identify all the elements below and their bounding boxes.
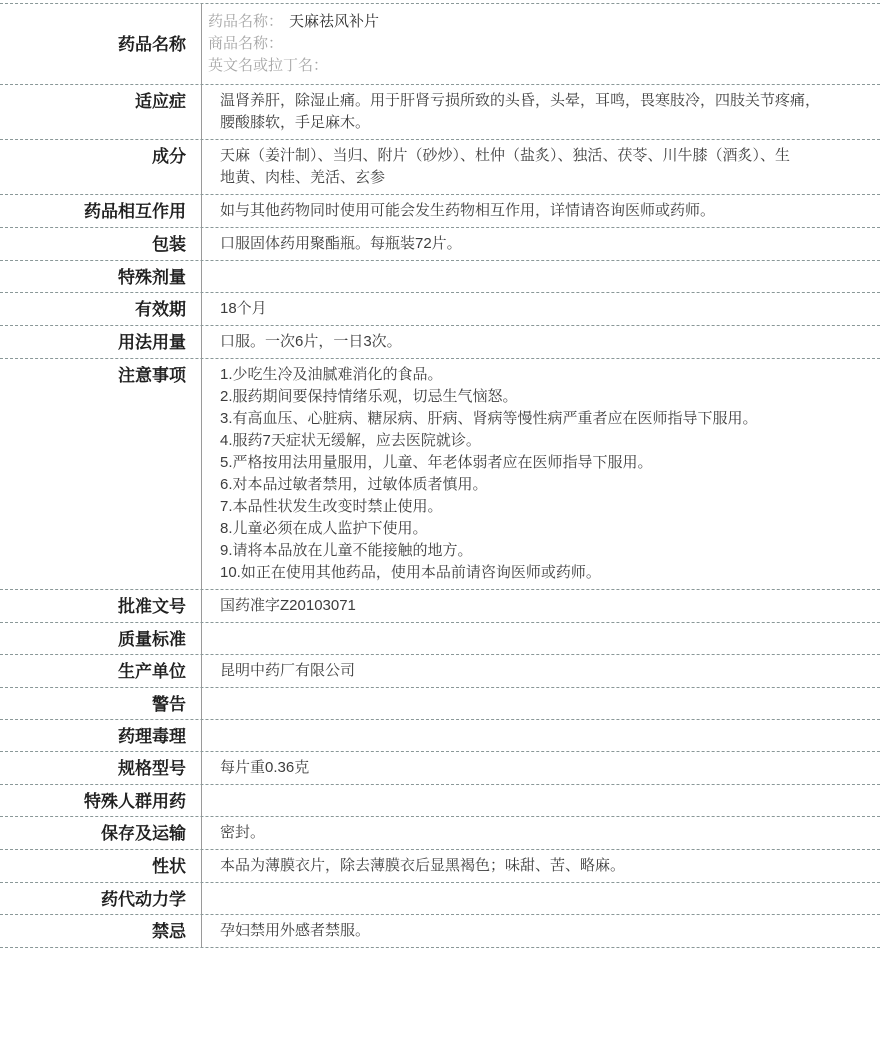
table-row: 保存及运输密封。: [0, 817, 880, 850]
row-content: 如与其他药物同时使用可能会发生药物相互作用，详情请咨询医师或药师。: [202, 195, 880, 227]
table-row: 药品相互作用如与其他药物同时使用可能会发生药物相互作用，详情请咨询医师或药师。: [0, 195, 880, 228]
row-label: 质量标准: [0, 623, 202, 654]
row-content: 温肾养肝，除湿止痛。用于肝肾亏损所致的头昏，头晕，耳鸣，畏寒肢冷，四肢关节疼痛，…: [202, 85, 880, 139]
table-row: 特殊人群用药: [0, 785, 880, 817]
table-row: 警告: [0, 688, 880, 720]
name-field-line: 药品名称：天麻祛风补片: [208, 11, 868, 33]
field-key: 商品名称：: [208, 35, 283, 52]
row-content: 18个月: [202, 293, 880, 325]
table-row: 适应症温肾养肝，除湿止痛。用于肝肾亏损所致的头昏，头晕，耳鸣，畏寒肢冷，四肢关节…: [0, 85, 880, 140]
row-label: 警告: [0, 688, 202, 719]
table-row: 用法用量口服。一次6片，一日3次。: [0, 326, 880, 359]
row-content: 口服。一次6片，一日3次。: [202, 326, 880, 358]
row-label: 禁忌: [0, 915, 202, 947]
row-label: 药品相互作用: [0, 195, 202, 227]
table-row: 质量标准: [0, 623, 880, 655]
field-key: 英文名或拉丁名：: [208, 57, 328, 74]
row-label: 适应症: [0, 85, 202, 139]
row-content: [202, 623, 880, 654]
row-content: 口服固体药用聚酯瓶。每瓶装72片。: [202, 228, 880, 260]
row-content: 昆明中药厂有限公司: [202, 655, 880, 687]
table-row: 批准文号国药准字Z20103071: [0, 590, 880, 623]
table-row: 有效期18个月: [0, 293, 880, 326]
row-content: [202, 785, 880, 816]
table-row: 药品名称药品名称：天麻祛风补片商品名称：英文名或拉丁名：: [0, 4, 880, 85]
row-content: 1.少吃生冷及油腻难消化的食品。 2.服药期间要保持情绪乐观，切忌生气恼怒。 3…: [202, 359, 880, 589]
table-row: 禁忌孕妇禁用外感者禁服。: [0, 915, 880, 948]
row-label: 性状: [0, 850, 202, 882]
row-content: 本品为薄膜衣片，除去薄膜衣后显黑褐色；味甜、苦、略麻。: [202, 850, 880, 882]
table-row: 规格型号每片重0.36克: [0, 752, 880, 785]
row-content: 国药准字Z20103071: [202, 590, 880, 622]
row-content: 密封。: [202, 817, 880, 849]
row-label: 药理毒理: [0, 720, 202, 751]
table-row: 药代动力学: [0, 883, 880, 915]
row-label: 注意事项: [0, 359, 202, 589]
row-label: 用法用量: [0, 326, 202, 358]
table-row: 性状本品为薄膜衣片，除去薄膜衣后显黑褐色；味甜、苦、略麻。: [0, 850, 880, 883]
row-content: [202, 720, 880, 751]
row-label: 包装: [0, 228, 202, 260]
row-content: 药品名称：天麻祛风补片商品名称：英文名或拉丁名：: [202, 4, 880, 84]
row-label: 成分: [0, 140, 202, 194]
row-content: 孕妇禁用外感者禁服。: [202, 915, 880, 947]
row-label: 特殊剂量: [0, 261, 202, 292]
row-content: [202, 883, 880, 914]
name-field-line: 商品名称：: [208, 33, 868, 55]
row-label: 药品名称: [0, 4, 202, 84]
row-label: 药代动力学: [0, 883, 202, 914]
drug-info-table: 药品名称药品名称：天麻祛风补片商品名称：英文名或拉丁名：适应症温肾养肝，除湿止痛…: [0, 3, 880, 948]
row-content: [202, 688, 880, 719]
table-row: 注意事项1.少吃生冷及油腻难消化的食品。 2.服药期间要保持情绪乐观，切忌生气恼…: [0, 359, 880, 590]
field-key: 药品名称：: [208, 13, 283, 30]
table-row: 成分天麻（姜汁制）、当归、附片（砂炒）、杜仲（盐炙）、独活、茯苓、川牛膝（酒炙）…: [0, 140, 880, 195]
table-row: 特殊剂量: [0, 261, 880, 293]
table-row: 包装口服固体药用聚酯瓶。每瓶装72片。: [0, 228, 880, 261]
name-field-line: 英文名或拉丁名：: [208, 55, 868, 77]
field-value: 天麻祛风补片: [289, 13, 379, 30]
row-label: 保存及运输: [0, 817, 202, 849]
row-content: 天麻（姜汁制）、当归、附片（砂炒）、杜仲（盐炙）、独活、茯苓、川牛膝（酒炙）、生…: [202, 140, 880, 194]
row-label: 批准文号: [0, 590, 202, 622]
table-row: 生产单位昆明中药厂有限公司: [0, 655, 880, 688]
row-label: 特殊人群用药: [0, 785, 202, 816]
row-label: 有效期: [0, 293, 202, 325]
row-label: 生产单位: [0, 655, 202, 687]
row-content: 每片重0.36克: [202, 752, 880, 784]
row-label: 规格型号: [0, 752, 202, 784]
row-content: [202, 261, 880, 292]
table-row: 药理毒理: [0, 720, 880, 752]
